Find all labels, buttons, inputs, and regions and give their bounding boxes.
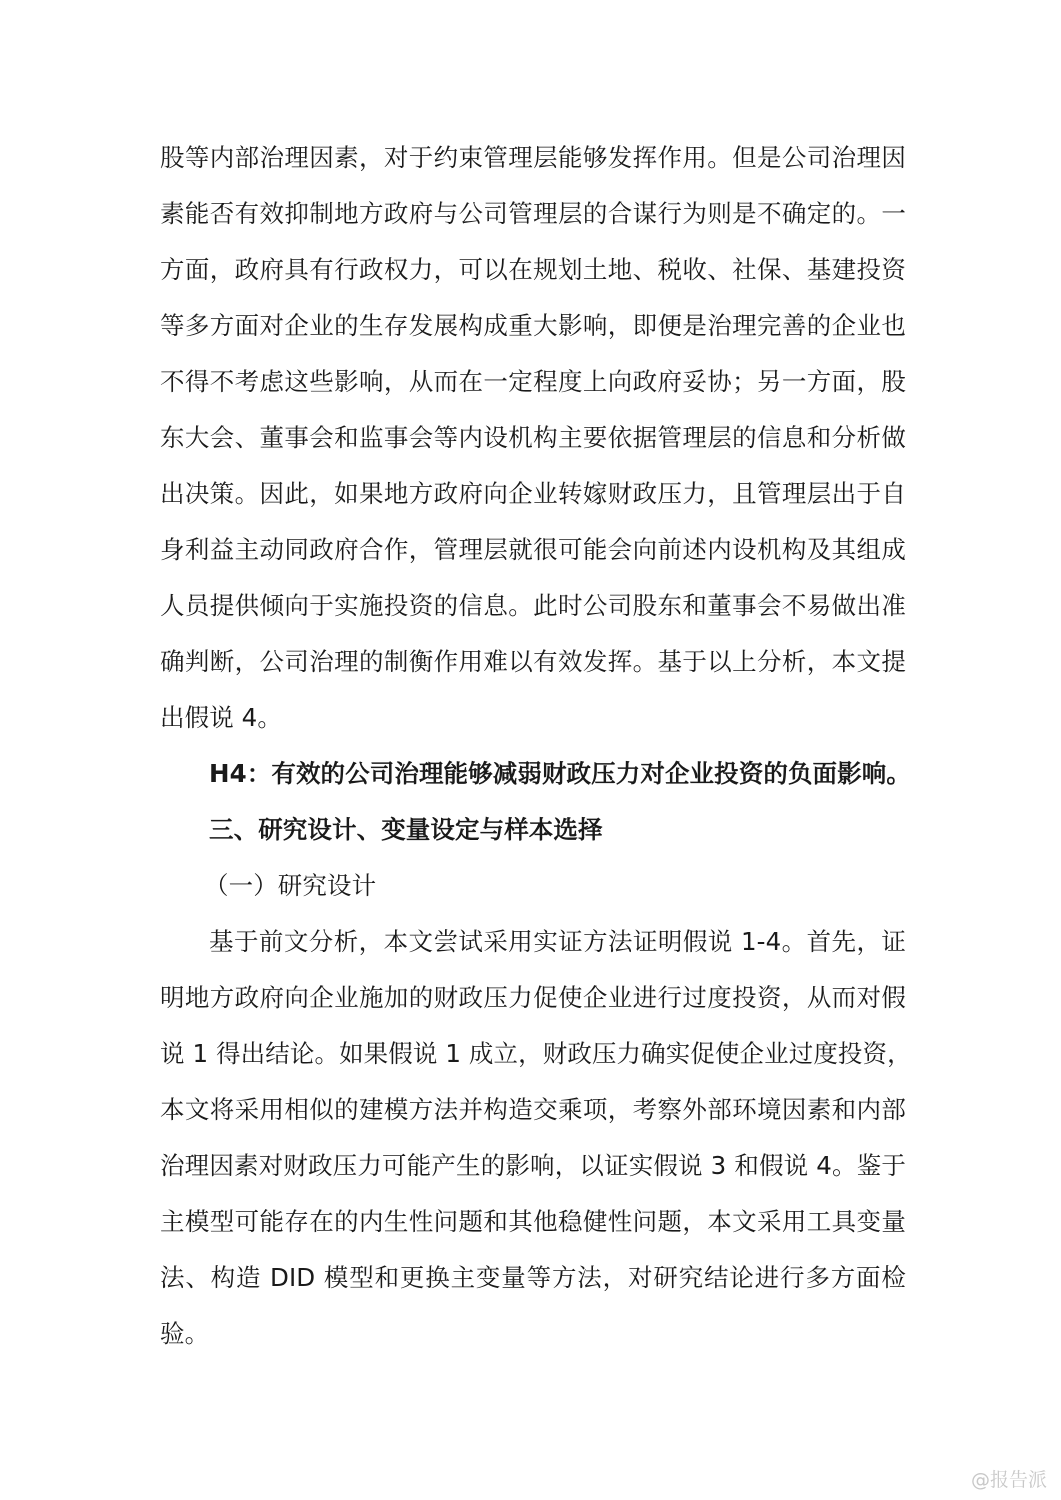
subsection-heading: （一）研究设计 [160, 858, 906, 914]
text-line: 本文将采用相似的建模方法并构造交乘项，考察外部环境因素和内部 [160, 1082, 906, 1138]
text-line: 方面，政府具有行政权力，可以在规划土地、税收、社保、基建投资 [160, 242, 906, 298]
text-line: 治理因素对财政压力可能产生的影响，以证实假说 3 和假说 4。鉴于 [160, 1138, 906, 1194]
text-line: 人员提供倾向于实施投资的信息。此时公司股东和董事会不易做出准 [160, 578, 906, 634]
text-line: 不得不考虑这些影响，从而在一定程度上向政府妥协；另一方面，股 [160, 354, 906, 410]
text-line: 法、构造 DID 模型和更换主变量等方法，对研究结论进行多方面检 [160, 1250, 906, 1306]
text-line: 明地方政府向企业施加的财政压力促使企业进行过度投资，从而对假 [160, 970, 906, 1026]
text-line: 股等内部治理因素，对于约束管理层能够发挥作用。但是公司治理因 [160, 130, 906, 186]
text-line: 验。 [160, 1306, 906, 1362]
text-line: 素能否有效抑制地方政府与公司管理层的合谋行为则是不确定的。一 [160, 186, 906, 242]
watermark: @报告派 [971, 1465, 1047, 1492]
paragraph-governance-analysis: 股等内部治理因素，对于约束管理层能够发挥作用。但是公司治理因 素能否有效抑制地方… [160, 130, 906, 746]
text-line: 基于前文分析，本文尝试采用实证方法证明假说 1-4。首先，证 [160, 914, 906, 970]
text-line: 说 1 得出结论。如果假说 1 成立，财政压力确实促使企业过度投资， [160, 1026, 906, 1082]
text-line: 主模型可能存在的内生性问题和其他稳健性问题，本文采用工具变量 [160, 1194, 906, 1250]
paragraph-research-design: 基于前文分析，本文尝试采用实证方法证明假说 1-4。首先，证 明地方政府向企业施… [160, 914, 906, 1362]
text-line: 身利益主动同政府合作，管理层就很可能会向前述内设机构及其组成 [160, 522, 906, 578]
hypothesis-h4: H4：有效的公司治理能够减弱财政压力对企业投资的负面影响。 [160, 746, 906, 802]
text-line: 东大会、董事会和监事会等内设机构主要依据管理层的信息和分析做 [160, 410, 906, 466]
text-line: 出决策。因此，如果地方政府向企业转嫁财政压力，且管理层出于自 [160, 466, 906, 522]
text-line: 等多方面对企业的生存发展构成重大影响，即便是治理完善的企业也 [160, 298, 906, 354]
text-line: 出假说 4。 [160, 690, 906, 746]
document-page: 股等内部治理因素，对于约束管理层能够发挥作用。但是公司治理因 素能否有效抑制地方… [160, 130, 906, 1362]
section-heading: 三、研究设计、变量设定与样本选择 [160, 802, 906, 858]
text-line: 确判断，公司治理的制衡作用难以有效发挥。基于以上分析，本文提 [160, 634, 906, 690]
